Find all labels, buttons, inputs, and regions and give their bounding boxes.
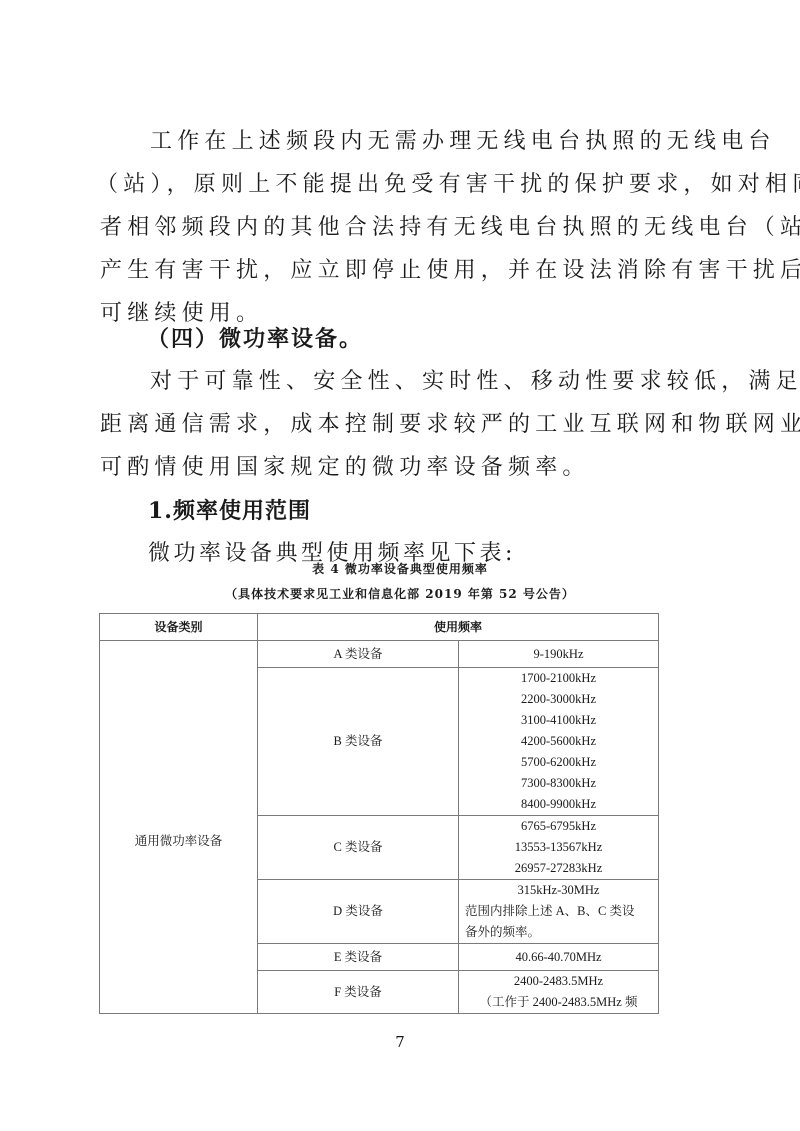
freq-cell: 40.66-40.70MHz: [459, 944, 659, 971]
text-line: 可酌情使用国家规定的微功率设备频率。: [100, 454, 700, 497]
class-cell: F 类设备: [258, 971, 459, 1014]
header-category: 设备类别: [100, 614, 258, 641]
header-frequency: 使用频率: [258, 614, 659, 641]
table-row: 通用微功率设备 A 类设备 9-190kHz: [100, 641, 659, 668]
frequency-table: 设备类别 使用频率 通用微功率设备 A 类设备 9-190kHz B 类设备 1…: [99, 613, 659, 1014]
freq-value: 5700-6200kHz: [459, 752, 658, 773]
text-line: 产生有害干扰，应立即停止使用，并在设法消除有害干扰后方: [100, 257, 700, 300]
text-line: （站），原则上不能提出免受有害干扰的保护要求，如对相同或: [96, 171, 700, 214]
table-subtitle: （具体技术要求见工业和信息化部 2019 年第 52 号公告）: [0, 585, 800, 602]
page-number: 7: [0, 1033, 800, 1051]
text-line: 距离通信需求，成本控制要求较严的工业互联网和物联网业务，: [100, 411, 700, 454]
freq-value: 7300-8300kHz: [459, 773, 658, 794]
class-cell: B 类设备: [258, 668, 459, 816]
class-cell: E 类设备: [258, 944, 459, 971]
class-cell: D 类设备: [258, 880, 459, 944]
freq-value: 2200-3000kHz: [459, 689, 658, 710]
freq-note: 范围内排除上述 A、B、C 类设: [465, 901, 652, 922]
freq-cell: 9-190kHz: [459, 641, 659, 668]
text-line: 者相邻频段内的其他合法持有无线电台执照的无线电台（站）: [100, 214, 700, 257]
freq-note: （工作于 2400-2483.5MHz 频: [459, 992, 658, 1013]
table-title: 表 4 微功率设备典型使用频率: [0, 560, 800, 577]
table-header-row: 设备类别 使用频率: [100, 614, 659, 641]
freq-value: 2400-2483.5MHz: [459, 971, 658, 992]
freq-value: 4200-5600kHz: [459, 731, 658, 752]
subheading: 1.频率使用范围: [148, 497, 748, 525]
paragraph-micropower-intro: 对于可靠性、安全性、实时性、移动性要求较低，满足短 距离通信需求，成本控制要求较…: [100, 368, 700, 497]
class-cell: C 类设备: [258, 816, 459, 880]
freq-value: 3100-4100kHz: [459, 710, 658, 731]
freq-value: 1700-2100kHz: [459, 668, 658, 689]
class-cell: A 类设备: [258, 641, 459, 668]
category-cell: 通用微功率设备: [100, 641, 258, 1014]
freq-value: 8400-9900kHz: [459, 794, 658, 815]
freq-value: 13553-13567kHz: [459, 837, 658, 858]
freq-value: 315kHz-30MHz: [465, 880, 652, 901]
freq-cell: 6765-6795kHz 13553-13567kHz 26957-27283k…: [459, 816, 659, 880]
freq-note: 备外的频率。: [465, 922, 652, 943]
section-heading: （四）微功率设备。: [147, 325, 747, 353]
freq-cell: 315kHz-30MHz 范围内排除上述 A、B、C 类设 备外的频率。: [459, 880, 659, 944]
paragraph-license-exempt: 工作在上述频段内无需办理无线电台执照的无线电台 （站），原则上不能提出免受有害干…: [100, 128, 700, 343]
text-line: 对于可靠性、安全性、实时性、移动性要求较低，满足短: [100, 368, 700, 411]
freq-cell: 2400-2483.5MHz （工作于 2400-2483.5MHz 频: [459, 971, 659, 1014]
freq-value: 26957-27283kHz: [459, 858, 658, 879]
text-line: 工作在上述频段内无需办理无线电台执照的无线电台: [100, 128, 700, 171]
freq-value: 6765-6795kHz: [459, 816, 658, 837]
freq-cell: 1700-2100kHz 2200-3000kHz 3100-4100kHz 4…: [459, 668, 659, 816]
